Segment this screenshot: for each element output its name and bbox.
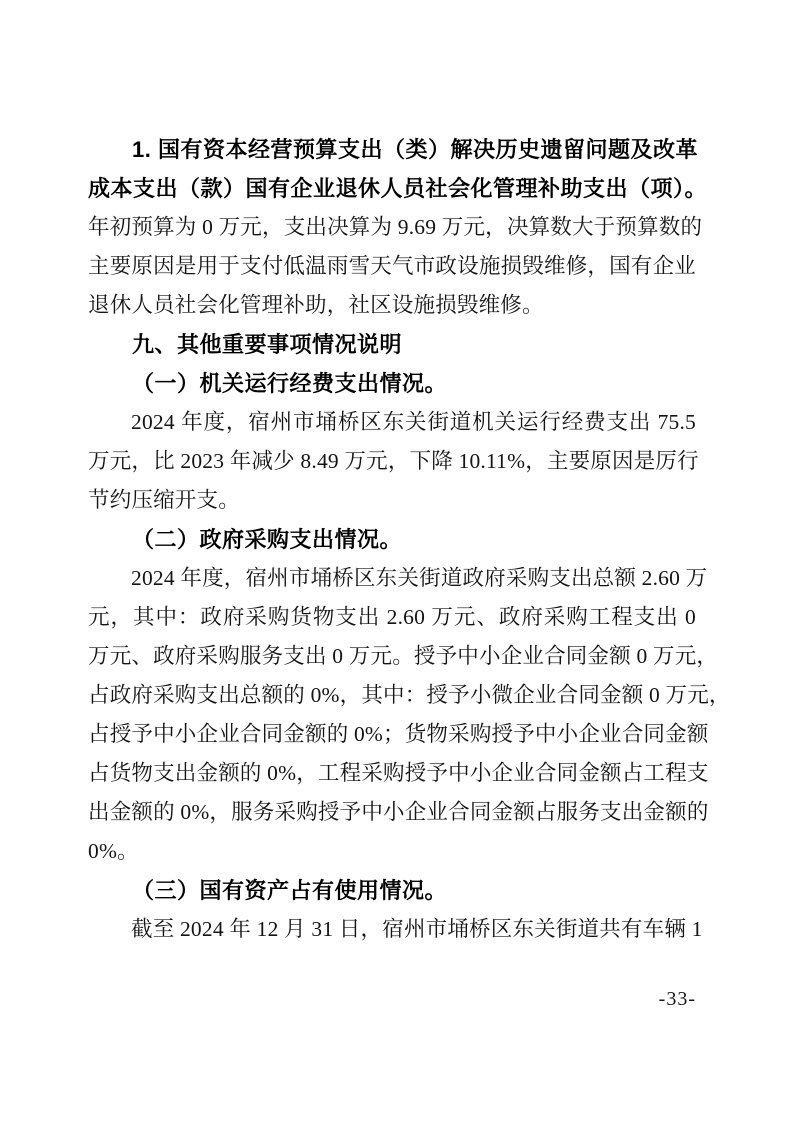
subsection-three-line: 截至 2024 年 12 月 31 日，宿州市埇桥区东关街道共有车辆 1 [88,910,696,949]
subsection-one-line: 万元，比 2023 年减少 8.49 万元，下降 10.11%，主要原因是厉行 [88,442,696,481]
subsection-one-line: 2024 年度，宿州市埇桥区东关街道机关运行经费支出 75.5 [88,403,696,442]
intro-body-line: 主要原因是用于支付低温雨雪天气市政设施损毁维修，国有企业 [88,247,696,286]
section-nine-heading: 九、其他重要事项情况说明 [88,325,696,364]
subsection-two-line: 元，其中：政府采购货物支出 2.60 万元、政府采购工程支出 0 [88,598,696,637]
subsection-two-line: 2024 年度，宿州市埇桥区东关街道政府采购支出总额 2.60 万 [88,559,696,598]
subsection-two-line: 万元、政府采购服务支出 0 万元。授予中小企业合同金额 0 万元， [88,637,696,676]
intro-body-line: 年初预算为 0 万元，支出决算为 9.69 万元，决算数大于预算数的 [88,208,696,247]
intro-bold-line: 成本支出（款）国有企业退休人员社会化管理补助支出（项）。 [88,169,696,208]
subsection-two-heading: （二）政府采购支出情况。 [88,520,696,559]
subsection-two-line: 出金额的 0%，服务采购授予中小企业合同金额占服务支出金额的 [88,793,696,832]
document-page: 1. 国有资本经营预算支出（类）解决历史遗留问题及改革 成本支出（款）国有企业退… [0,0,793,1122]
page-content: 1. 国有资本经营预算支出（类）解决历史遗留问题及改革 成本支出（款）国有企业退… [88,130,696,949]
intro-body-line: 退休人员社会化管理补助，社区设施损毁维修。 [88,286,696,325]
page-number: -33- [659,988,696,1011]
subsection-two-line: 占授予中小企业合同金额的 0%；货物采购授予中小企业合同金额 [88,715,696,754]
subsection-one-line: 节约压缩开支。 [88,481,696,520]
subsection-two-line: 0%。 [88,832,696,871]
subsection-one-heading: （一）机关运行经费支出情况。 [88,364,696,403]
subsection-two-line: 占货物支出金额的 0%，工程采购授予中小企业合同金额占工程支 [88,754,696,793]
subsection-three-heading: （三）国有资产占有使用情况。 [88,871,696,910]
subsection-two-line: 占政府采购支出总额的 0%，其中：授予小微企业合同金额 0 万元， [88,676,696,715]
intro-bold-line: 1. 国有资本经营预算支出（类）解决历史遗留问题及改革 [88,130,696,169]
